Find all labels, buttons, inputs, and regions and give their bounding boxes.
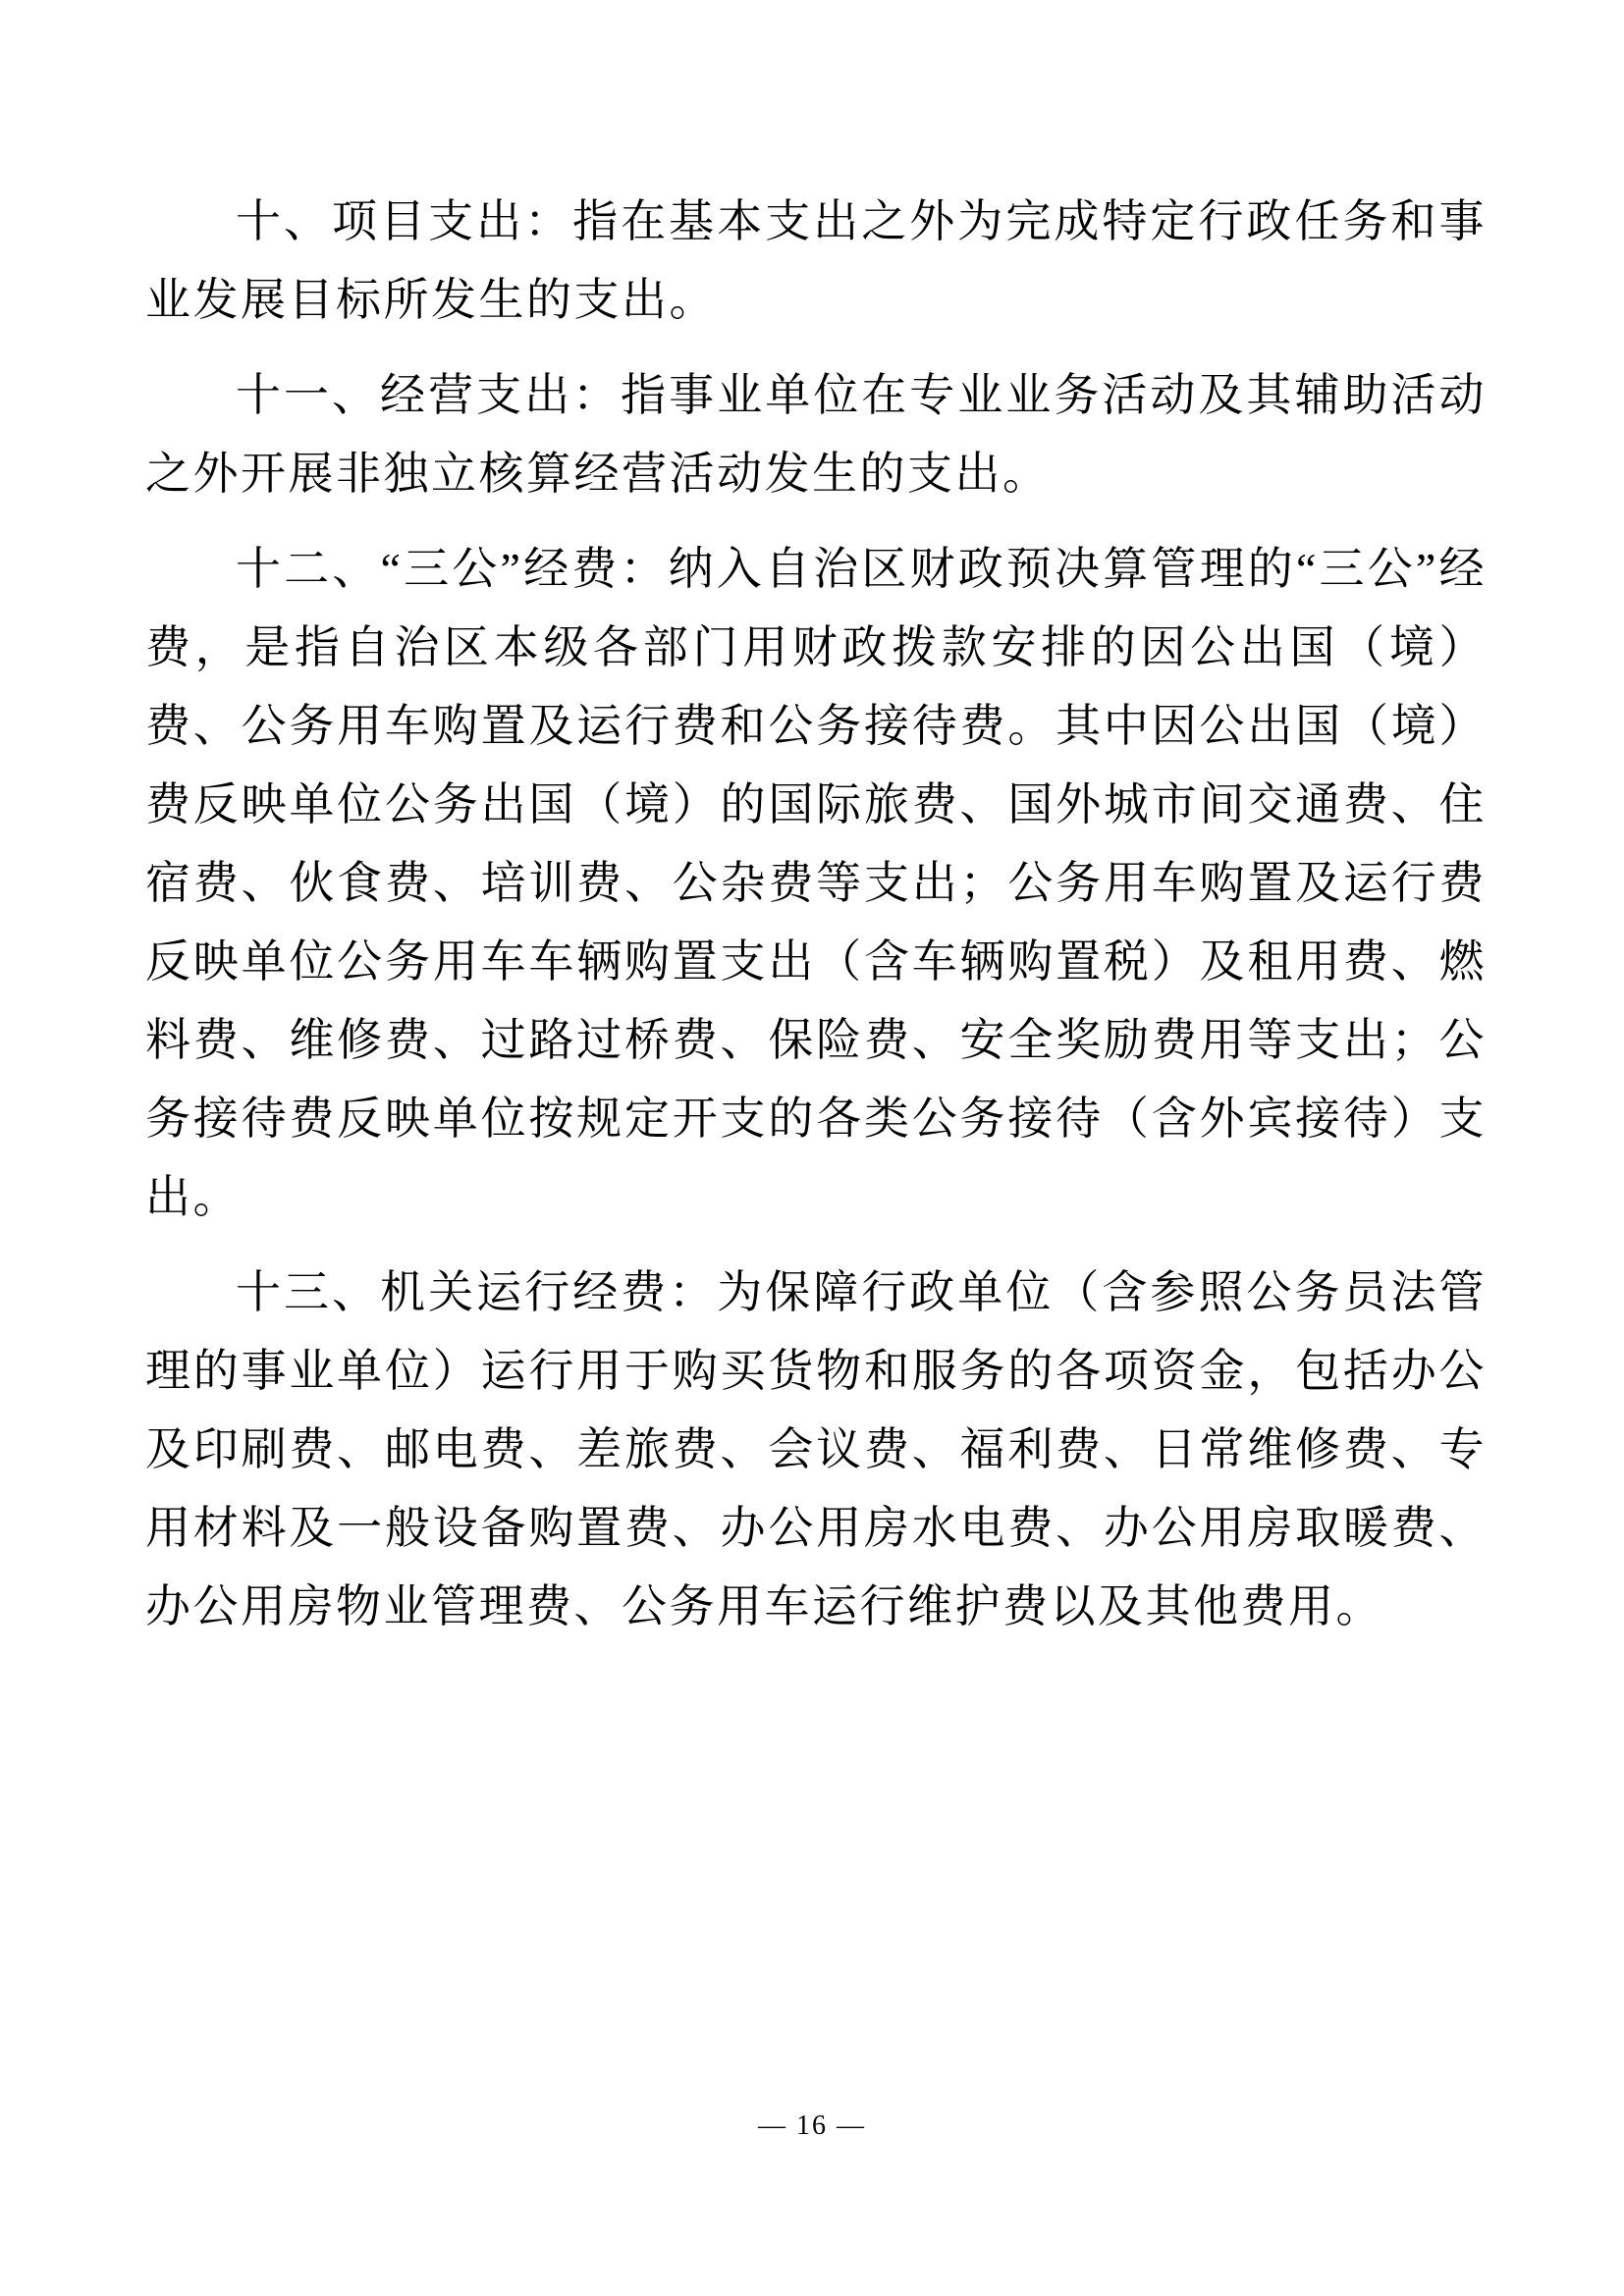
document-body: 十、项目支出：指在基本支出之外为完成特定行政任务和事业发展目标所发生的支出。 十… — [145, 183, 1487, 1663]
paragraph-agency-operating-funds: 十三、机关运行经费：为保障行政单位（含参照公务员法管理的事业单位）运行用于购买货… — [145, 1254, 1487, 1646]
page-number: — 16 — — [758, 2110, 866, 2141]
page-footer: — 16 — — [0, 2110, 1624, 2142]
document-page: 十、项目支出：指在基本支出之外为完成特定行政任务和事业发展目标所发生的支出。 十… — [0, 0, 1624, 2296]
paragraph-project-expenditure: 十、项目支出：指在基本支出之外为完成特定行政任务和事业发展目标所发生的支出。 — [145, 183, 1487, 340]
paragraph-three-public-funds: 十二、“三公”经费：纳入自治区财政预决算管理的“三公”经费，是指自治区本级各部门… — [145, 530, 1487, 1237]
paragraph-operating-expenditure: 十一、经营支出：指事业单位在专业业务活动及其辅助活动之外开展非独立核算经营活动发… — [145, 356, 1487, 513]
